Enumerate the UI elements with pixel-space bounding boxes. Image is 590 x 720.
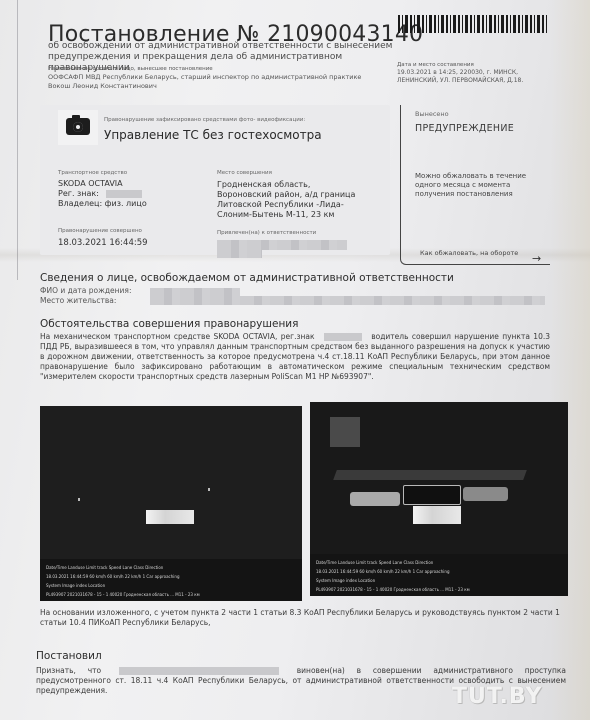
foto-fixation-label: Правонарушение зафиксировано средствами … [104,117,305,123]
license-plate-redacted [146,510,194,524]
caption-values: 18.03.2021 16:44:59 60 km/h 60 km/h 22 k… [316,567,562,576]
photo-caption-2: Date/Time Landuse Limit track Speed Lane… [310,554,568,596]
reg-plate-row: Рег. знак: [58,189,142,199]
date-label: Дата и место составления [397,62,474,68]
org-text: ООФСАФП МВД Республики Беларусь, старший… [48,73,368,90]
place-label: Место совершения [217,170,272,176]
offender-name-redacted [119,667,279,675]
caption-values-2: PL493907 2021031678 - 15 - 1 40020 Гродн… [46,590,296,599]
reg-plate-redacted [106,190,142,198]
photo-caption-1: Date/Time Landuse Limit track Speed Lane… [40,559,302,601]
address-label: Место жительства: [40,296,116,305]
issued-label: Вынесено [415,110,449,118]
name-label: ФИО и дата рождения: [40,286,131,295]
appeal-text: Можно обжаловать в течение одного месяца… [415,172,535,199]
basis-text: На основании изложенного, с учетом пункт… [40,608,560,628]
resolution-suffix: виновен(на) в совершении административно… [297,666,566,675]
light-dot [208,488,210,491]
caption-header: Date/Time Landuse Limit track Speed Lane… [46,563,296,572]
liable-name-redacted [217,240,347,250]
evidence-photo-1: Date/Time Landuse Limit track Speed Lane… [40,406,302,601]
committed-datetime: 18.03.2021 16:44:59 [58,238,148,248]
date-text: 19.03.2021 в 14:25, 220030, г. МИНСК, ЛЕ… [397,69,557,85]
driver-redacted [330,417,360,447]
name-redacted [150,288,240,296]
caption-header-2: System Image index Location [316,576,562,585]
resolution-heading: Постановил [36,650,102,662]
circumstances-heading: Обстоятельства совершения правонарушения [40,318,298,330]
evidence-photo-2: Date/Time Landuse Limit track Speed Lane… [310,402,568,596]
address-redacted [150,296,545,305]
org-label: Наименование органа и лицо, вынесшее пос… [48,66,213,72]
vehicle-model: SKODA OCTAVIA [58,179,123,189]
car-headlight [463,487,508,501]
circumstances-text: На механическом транспортном средстве SK… [40,332,550,382]
liable-name-redacted-2 [217,250,262,258]
caption-values: 18.03.2021 16:44:59 60 km/h 60 km/h 22 k… [46,572,296,581]
paper-fold-vertical [17,0,18,280]
car-headlight [350,492,400,506]
owner-text: Владелец: физ. лицо [58,199,147,209]
reg-label: Рег. знак: [58,189,99,198]
liable-label: Привлечен(на) к ответственности [217,230,316,236]
caption-header: Date/Time Landuse Limit track Speed Lane… [316,558,562,567]
committed-label: Правонарушение совершено [58,228,142,234]
vehicle-label: Транспортное средство [58,170,127,176]
tutby-watermark: TUT.BY [452,684,542,709]
violation-title: Управление ТС без гостехосмотра [104,128,322,142]
reg-plate-redacted-2 [324,333,362,341]
car-grille [403,485,461,505]
car-hood [333,470,527,480]
arrow-right-icon: → [532,255,552,263]
circumstances-text-part1: На механическом транспортном средстве SK… [40,332,314,341]
person-heading: Сведения о лице, освобождаемом от админи… [40,272,454,284]
light-dot [78,498,80,501]
appeal-instructions-link: Как обжаловать, на обороте [420,249,518,257]
caption-header-2: System Image index Location [46,581,296,590]
resolution-prefix: Признать, что [36,666,101,675]
document-paper: Постановление № 21090043140 об освобожде… [0,0,590,720]
barcode-icon [398,15,548,33]
license-plate-redacted [413,506,461,524]
caption-values-2: PL493907 2021031678 - 15 - 1 40020 Гродн… [316,585,562,594]
place-text: Гродненская область, Вороновский район, … [217,180,367,220]
camera-icon [66,118,90,135]
penalty-text: ПРЕДУПРЕЖДЕНИЕ [415,123,514,134]
